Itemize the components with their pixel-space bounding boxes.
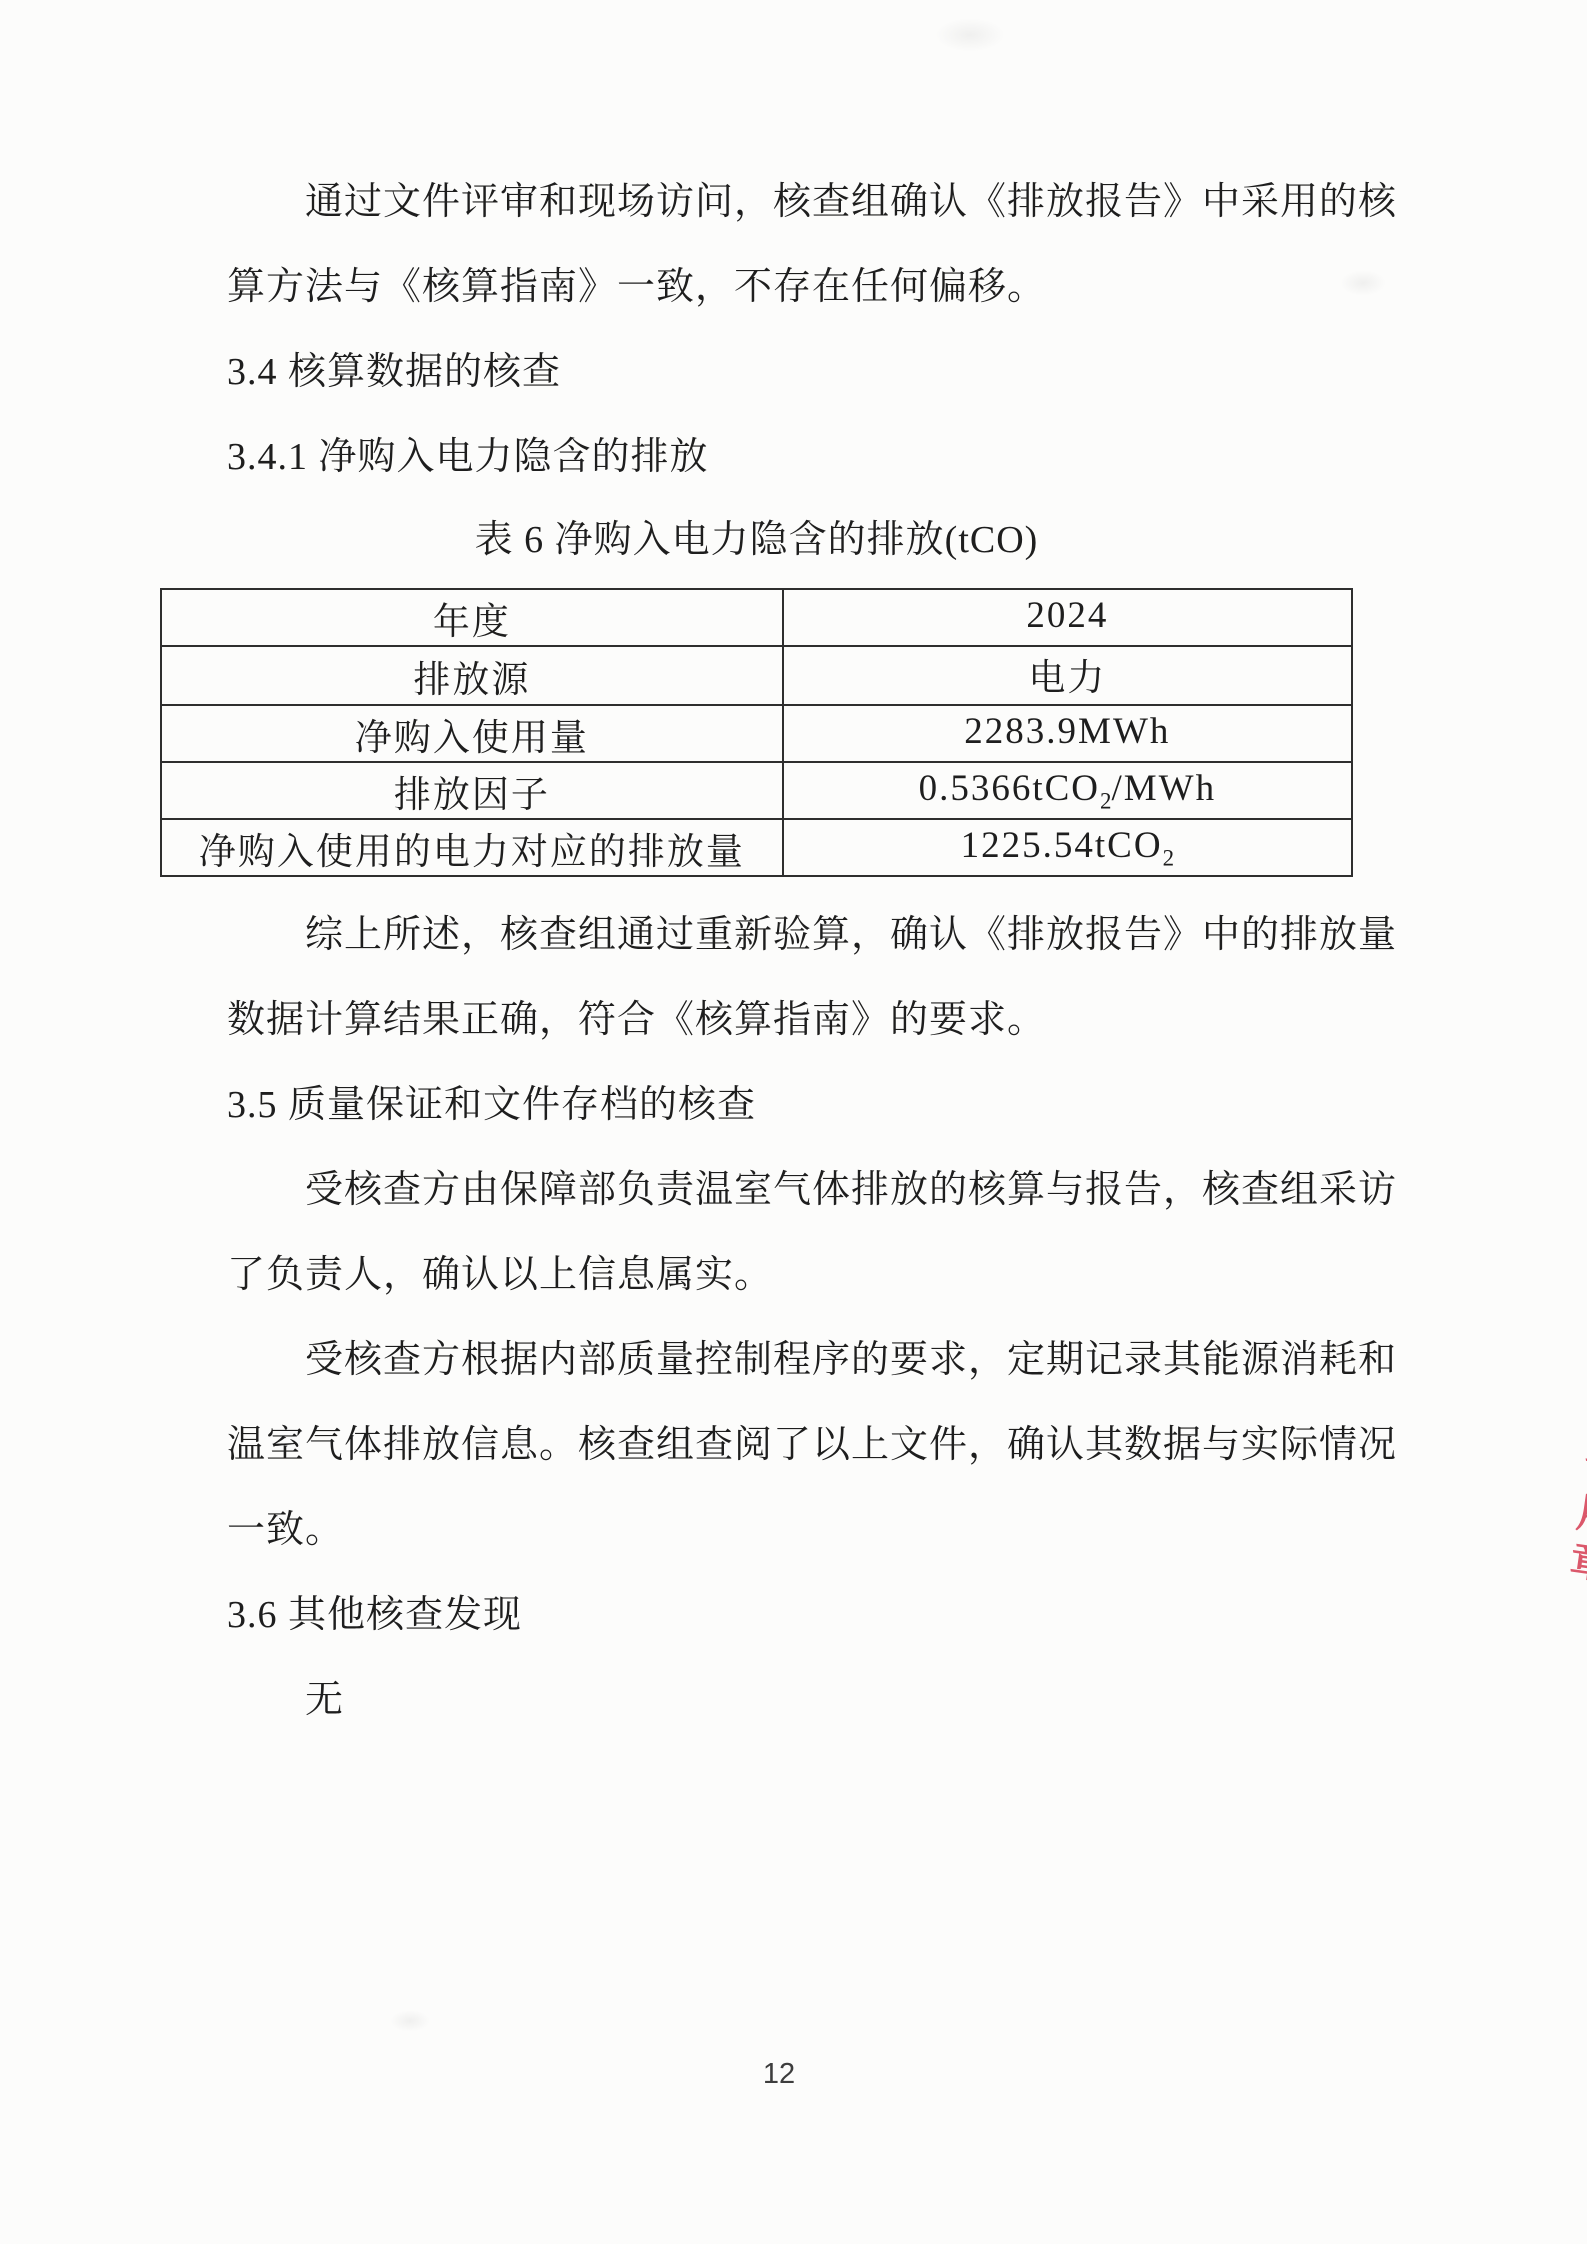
paragraph-line: 了负责人，确认以上信息属实。 xyxy=(227,1233,1370,1318)
table-row: 净购入使用量 2283.9MWh xyxy=(161,705,1352,762)
page-number: 12 xyxy=(0,2058,1558,2091)
paragraph-line: 受核查方根据内部质量控制程序的要求，定期记录其能源消耗和 xyxy=(227,1318,1370,1403)
scan-smudge xyxy=(935,18,1005,52)
row-value: 0.5366tCO2/MWh xyxy=(783,762,1352,819)
subscript: 2 xyxy=(1100,789,1111,814)
table-row: 排放因子 0.5366tCO2/MWh xyxy=(161,762,1352,819)
subscript: 2 xyxy=(1163,846,1174,871)
row-label: 排放因子 xyxy=(161,762,783,819)
paging-seal-fragment: 核查专用章 xyxy=(1554,1350,1587,1622)
section-heading-3-4-1: 3.4.1 净购入电力隐含的排放 xyxy=(227,415,1370,500)
row-value: 1225.54tCO2 xyxy=(783,819,1352,876)
row-label: 年度 xyxy=(161,589,783,646)
row-label: 净购入使用的电力对应的排放量 xyxy=(161,819,783,876)
page-body: 通过文件评审和现场访问，核查组确认《排放报告》中采用的核 算方法与《核算指南》一… xyxy=(227,160,1370,1743)
row-label: 排放源 xyxy=(161,646,783,705)
paragraph-line: 一致。 xyxy=(227,1488,1370,1573)
emissions-table: 年度 2024 排放源 电力 净购入使用量 2283.9MWh 排放因子 0.5… xyxy=(160,588,1353,877)
paging-seal-glyphs: 核查专用章 xyxy=(1559,1350,1587,1591)
row-value: 电力 xyxy=(783,646,1352,705)
paragraph-line: 温室气体排放信息。核查组查阅了以上文件，确认其数据与实际情况 xyxy=(227,1403,1370,1488)
row-value: 2283.9MWh xyxy=(783,705,1352,762)
paragraph-line: 综上所述，核查组通过重新验算，确认《排放报告》中的排放量 xyxy=(227,893,1370,978)
table-caption: 表 6 净购入电力隐含的排放(tCO) xyxy=(160,500,1353,580)
table-row: 净购入使用的电力对应的排放量 1225.54tCO2 xyxy=(161,819,1352,876)
row-value: 2024 xyxy=(783,589,1352,646)
paragraph-line: 通过文件评审和现场访问，核查组确认《排放报告》中采用的核 xyxy=(227,160,1370,245)
section-heading-3-6: 3.6 其他核查发现 xyxy=(227,1573,1370,1658)
document-page: 通过文件评审和现场访问，核查组确认《排放报告》中采用的核 算方法与《核算指南》一… xyxy=(0,0,1587,2244)
row-label: 净购入使用量 xyxy=(161,705,783,762)
paragraph-line: 算方法与《核算指南》一致，不存在任何偏移。 xyxy=(227,245,1370,330)
section-heading-3-4: 3.4 核算数据的核查 xyxy=(227,330,1370,415)
paragraph-line: 无 xyxy=(227,1658,1370,1743)
table-row: 排放源 电力 xyxy=(161,646,1352,705)
paragraph-line: 受核查方由保障部负责温室气体排放的核算与报告，核查组采访 xyxy=(227,1148,1370,1233)
section-heading-3-5: 3.5 质量保证和文件存档的核查 xyxy=(227,1063,1370,1148)
paragraph-line: 数据计算结果正确，符合《核算指南》的要求。 xyxy=(227,978,1370,1063)
scan-smudge xyxy=(390,2010,430,2032)
table-row: 年度 2024 xyxy=(161,589,1352,646)
